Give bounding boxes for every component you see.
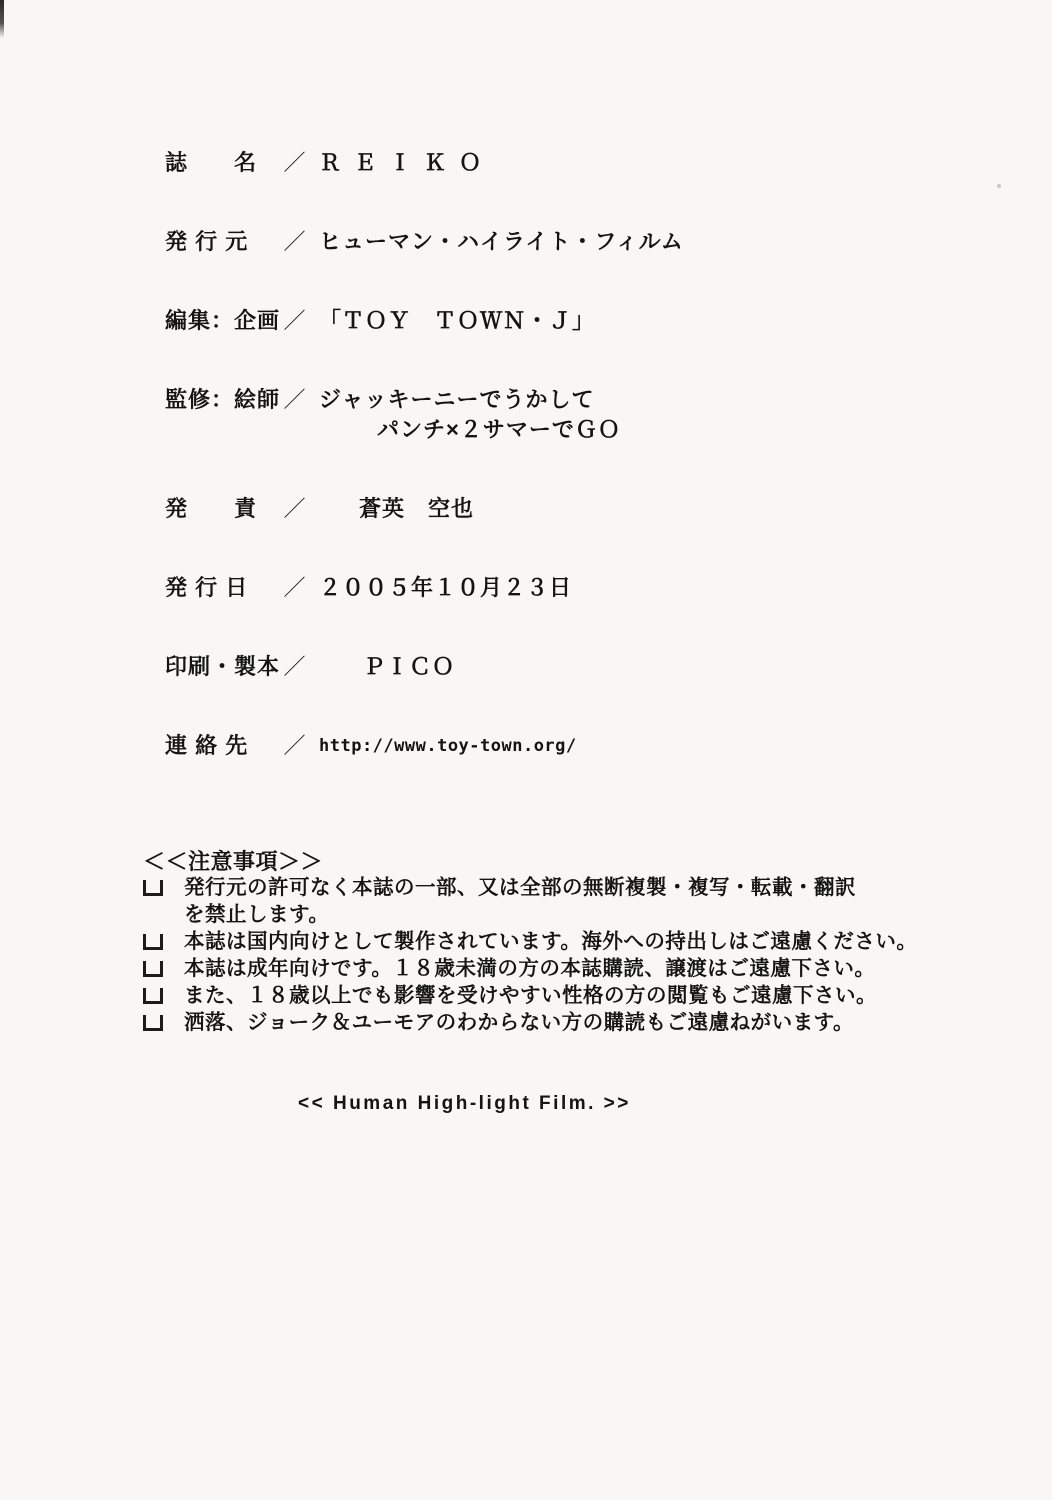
slash-separator: ／ — [277, 306, 313, 336]
slash-separator: ／ — [277, 652, 313, 682]
notice-text: 本誌は成年向けです。１８歳未満の方の本誌購読、譲渡はご遠慮下さい。 — [184, 956, 875, 983]
field-label: 誌 名 — [165, 148, 277, 178]
slash-separator: ／ — [277, 148, 313, 178]
notice-text: また、１８歳以上でも影響を受けやすい性格の方の閲覧もご遠慮下さい。 — [184, 983, 877, 1010]
field-value: 「ＴＯＹ ＴＯＷＮ・Ｊ」 — [319, 306, 595, 336]
colophon-row-title: 誌 名 ／ ＲＥＩＫＯ — [0, 148, 1052, 178]
field-label: 発 行 日 — [165, 573, 277, 603]
slash-separator: ／ — [277, 227, 313, 257]
colophon-row-editing: 編集：企画 ／ 「ＴＯＹ ＴＯＷＮ・Ｊ」 — [0, 306, 1052, 336]
colophon-row-contact: 連 絡 先 ／ http://www.toy-town.org/ — [0, 731, 1052, 761]
slash-separator: ／ — [277, 573, 313, 603]
colophon-row-responsible: 発 責 ／ 蒼英 空也 — [0, 494, 1052, 524]
field-label: 編集：企画 — [165, 306, 277, 336]
field-label: 印刷・製本 — [165, 652, 277, 682]
checkbox-icon — [143, 961, 163, 977]
checkbox-icon — [143, 1015, 163, 1031]
colophon-table: 誌 名 ／ ＲＥＩＫＯ 発 行 元 ／ ヒューマン・ハイライト・フィルム 編集：… — [0, 0, 1052, 761]
colophon-row-publisher: 発 行 元 ／ ヒューマン・ハイライト・フィルム — [0, 227, 1052, 257]
field-value: ＰＩＣＯ — [363, 652, 455, 682]
checkbox-icon — [143, 934, 163, 950]
colophon-row-supervision: 監修：絵師 ／ ジャッキーニーでうかして パンチ×２サマーでＧＯ — [0, 385, 1052, 445]
field-value-line2: パンチ×２サマーでＧＯ — [377, 415, 621, 445]
slash-separator: ／ — [277, 385, 313, 415]
checkbox-icon — [143, 880, 163, 896]
colophon-row-pubdate: 発 行 日 ／ ２００５年１０月２３日 — [0, 573, 1052, 603]
notice-text: 本誌は国内向けとして製作されています。海外への持出しはご遠慮ください。 — [184, 929, 917, 956]
notice-item: 本誌は成年向けです。１８歳未満の方の本誌購読、譲渡はご遠慮下さい。 — [0, 956, 1052, 983]
notice-text: 洒落、ジョーク＆ユーモアのわからない方の購読もご遠慮ねがいます。 — [184, 1010, 854, 1037]
scan-speck — [997, 184, 1001, 188]
field-label: 発 行 元 — [165, 227, 277, 257]
slash-separator: ／ — [277, 731, 313, 761]
notice-text: 発行元の許可なく本誌の一部、又は全部の無断複製・複写・転載・翻訳 を禁止します。 — [184, 875, 856, 929]
circle-name-footer: << Human High-light Film. >> — [0, 1093, 1052, 1115]
notice-item: また、１８歳以上でも影響を受けやすい性格の方の閲覧もご遠慮下さい。 — [0, 983, 1052, 1010]
slash-separator: ／ — [277, 494, 313, 524]
field-value-group: ジャッキーニーでうかして パンチ×２サマーでＧＯ — [313, 385, 621, 445]
colophon-page: 誌 名 ／ ＲＥＩＫＯ 発 行 元 ／ ヒューマン・ハイライト・フィルム 編集：… — [0, 0, 1052, 1500]
field-label: 発 責 — [165, 494, 277, 524]
field-label: 連 絡 先 — [165, 731, 277, 761]
checkbox-icon — [143, 988, 163, 1004]
notice-item: 本誌は国内向けとして製作されています。海外への持出しはご遠慮ください。 — [0, 929, 1052, 956]
notice-item: 洒落、ジョーク＆ユーモアのわからない方の購読もご遠慮ねがいます。 — [0, 1010, 1052, 1037]
field-label: 監修：絵師 — [165, 385, 277, 415]
field-value: ジャッキーニーでうかして — [319, 385, 621, 415]
scan-corner-artifact — [0, 0, 4, 38]
field-value: ２００５年１０月２３日 — [319, 573, 572, 603]
field-value: ＲＥＩＫＯ — [319, 148, 494, 178]
field-value: ヒューマン・ハイライト・フィルム — [319, 227, 684, 257]
field-value: 蒼英 空也 — [359, 494, 474, 524]
notice-item: 発行元の許可なく本誌の一部、又は全部の無断複製・複写・転載・翻訳 を禁止します。 — [0, 875, 1052, 929]
notices-header: ＜＜注意事項＞＞ — [143, 849, 1052, 875]
colophon-row-printing: 印刷・製本 ／ ＰＩＣＯ — [0, 652, 1052, 682]
notices-section: ＜＜注意事項＞＞ 発行元の許可なく本誌の一部、又は全部の無断複製・複写・転載・翻… — [0, 849, 1052, 1037]
contact-url: http://www.toy-town.org/ — [319, 731, 577, 761]
